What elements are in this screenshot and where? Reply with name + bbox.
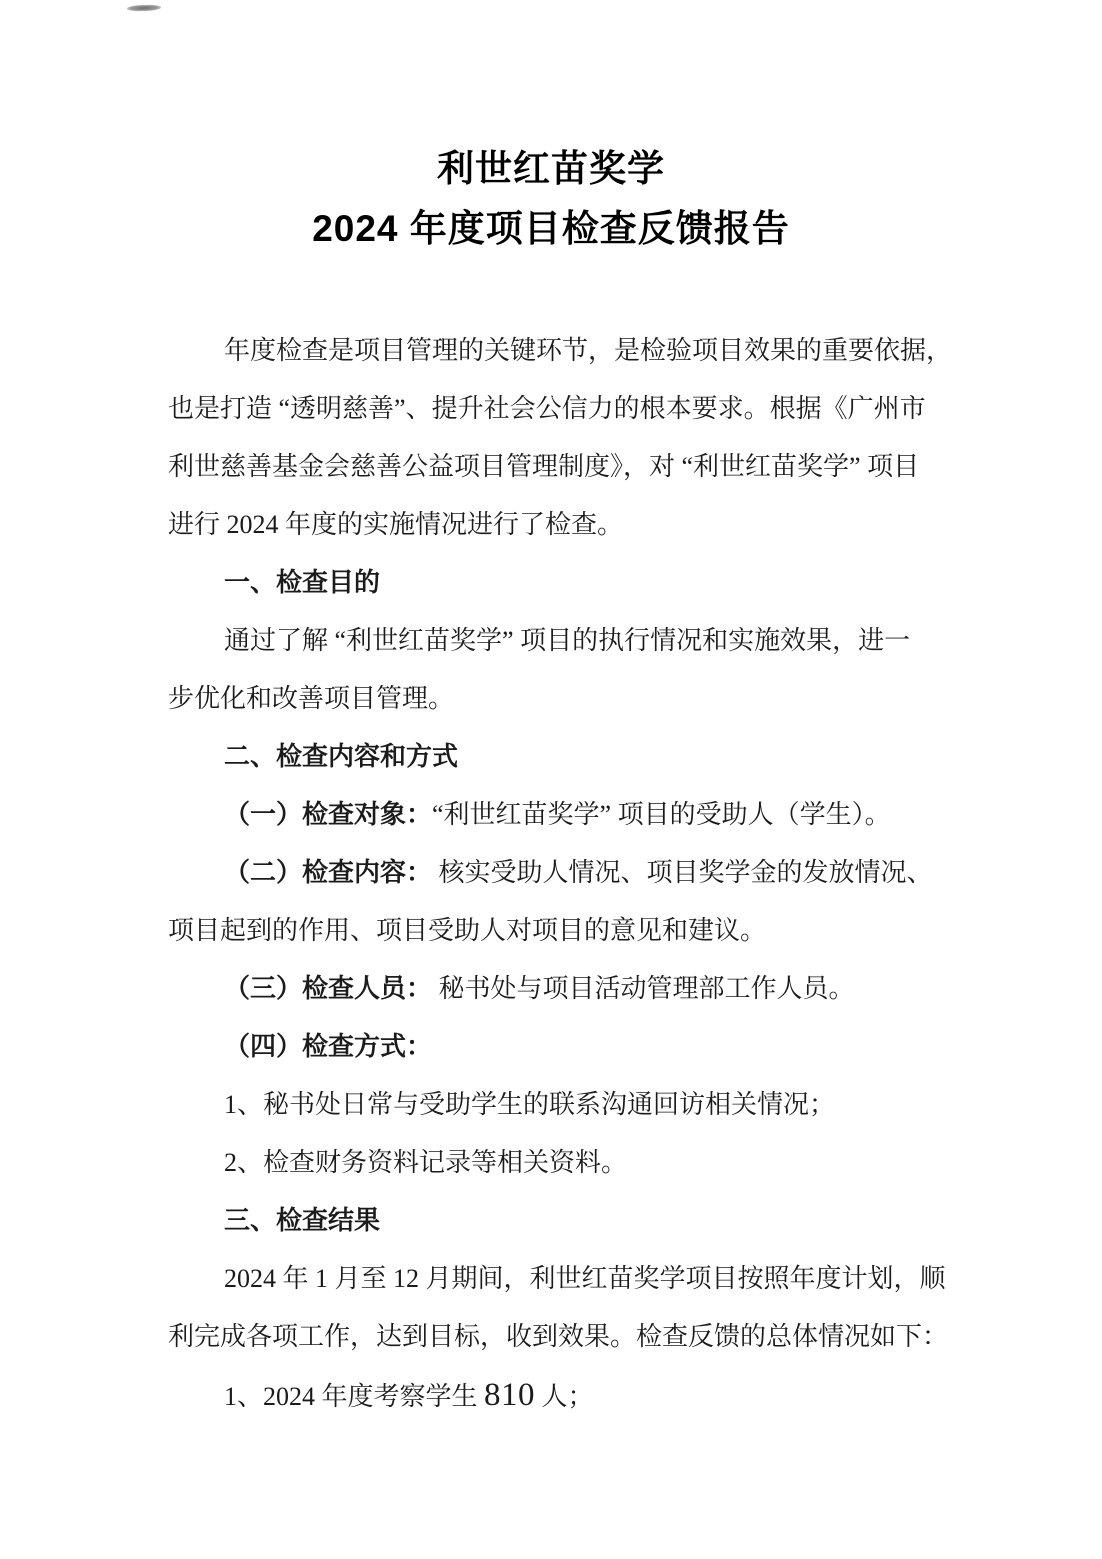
doc-line-segment: 2024 年 1 月至 12 月期间，利世红苗奖学项目按照年度计划，顺: [224, 1264, 946, 1293]
doc-line-9: （一）检查对象：“利世红苗奖学” 项目的受助人（学生）。: [168, 786, 958, 844]
doc-line-segment: 一、检查目的: [224, 568, 380, 597]
doc-line-10: （二）检查内容： 核实受助人情况、项目奖学金的发放情况、: [168, 844, 958, 902]
doc-line-segment: （四）检查方式：: [224, 1032, 432, 1061]
doc-number-emphasis: 810: [484, 1377, 535, 1413]
doc-line-5: 一、检查目的: [168, 554, 958, 612]
doc-line-segment: （三）检查人员：: [224, 974, 432, 1003]
doc-line-segment: 进行 2024 年度的实施情况进行了检查。: [168, 510, 623, 539]
document-title-line-2: 2024 年度项目检查反馈报告: [0, 199, 1102, 259]
doc-line-12: （三）检查人员： 秘书处与项目活动管理部工作人员。: [168, 960, 958, 1018]
doc-line-18: 利完成各项工作，达到目标，收到效果。检查反馈的总体情况如下：: [168, 1308, 958, 1366]
doc-line-17: 2024 年 1 月至 12 月期间，利世红苗奖学项目按照年度计划，顺: [168, 1250, 958, 1308]
doc-line-1: 年度检查是项目管理的关键环节，是检验项目效果的重要依据，: [168, 322, 958, 380]
doc-line-segment: 项目起到的作用、项目受助人对项目的意见和建议。: [168, 916, 766, 945]
doc-line-2: 也是打造 “透明慈善”、提升社会公信力的根本要求。根据《广州市: [168, 380, 958, 438]
doc-line-segment: 利世慈善基金会慈善公益项目管理制度》，对 “利世红苗奖学” 项目: [168, 452, 919, 481]
doc-line-segment: 利完成各项工作，达到目标，收到效果。检查反馈的总体情况如下：: [168, 1322, 948, 1351]
doc-line-13: （四）检查方式：: [168, 1018, 958, 1076]
document-page: 利世红苗奖学 2024 年度项目检查反馈报告 年度检查是项目管理的关键环节，是检…: [0, 0, 1102, 1559]
doc-line-segment: 步优化和改善项目管理。: [168, 684, 454, 713]
doc-line-segment: 年度检查是项目管理的关键环节，是检验项目效果的重要依据，: [224, 336, 952, 365]
doc-line-8: 二、检查内容和方式: [168, 728, 958, 786]
doc-line-segment: 秘书处与项目活动管理部工作人员。: [432, 974, 855, 1003]
doc-line-segment: （二）检查内容：: [224, 858, 432, 887]
doc-line-6: 通过了解 “利世红苗奖学” 项目的执行情况和实施效果，进一: [168, 612, 958, 670]
document-title: 利世红苗奖学 2024 年度项目检查反馈报告: [0, 139, 1102, 259]
doc-line-11: 项目起到的作用、项目受助人对项目的意见和建议。: [168, 902, 958, 960]
document-body: 年度检查是项目管理的关键环节，是检验项目效果的重要依据，也是打造 “透明慈善”、…: [168, 322, 958, 1424]
doc-line-segment: 1、2024 年度考察学生: [224, 1382, 484, 1411]
doc-line-15: 2、检查财务资料记录等相关资料。: [168, 1134, 958, 1192]
doc-line-14: 1、秘书处日常与受助学生的联系沟通回访相关情况；: [168, 1076, 958, 1134]
doc-line-segment: 人；: [535, 1382, 594, 1411]
doc-line-segment: 1、秘书处日常与受助学生的联系沟通回访相关情况；: [224, 1090, 835, 1119]
doc-line-segment: 通过了解 “利世红苗奖学” 项目的执行情况和实施效果，进一: [224, 626, 910, 655]
doc-line-segment: 二、检查内容和方式: [224, 742, 458, 771]
doc-line-7: 步优化和改善项目管理。: [168, 670, 958, 728]
doc-line-segment: 三、检查结果: [224, 1206, 380, 1235]
doc-line-segment: 也是打造 “透明慈善”、提升社会公信力的根本要求。根据《广州市: [168, 394, 926, 423]
doc-line-16: 三、检查结果: [168, 1192, 958, 1250]
doc-line-segment: “利世红苗奖学” 项目的受助人（学生）。: [432, 800, 891, 829]
doc-line-4: 进行 2024 年度的实施情况进行了检查。: [168, 496, 958, 554]
scan-smudge-mark: [127, 4, 161, 11]
doc-line-segment: （一）检查对象：: [224, 800, 432, 829]
doc-line-segment: 核实受助人情况、项目奖学金的发放情况、: [432, 858, 933, 887]
doc-line-3: 利世慈善基金会慈善公益项目管理制度》，对 “利世红苗奖学” 项目: [168, 438, 958, 496]
document-title-line-1: 利世红苗奖学: [0, 139, 1102, 199]
doc-line-19: 1、2024 年度考察学生 810 人；: [168, 1366, 958, 1424]
doc-line-segment: 2、检查财务资料记录等相关资料。: [224, 1148, 627, 1177]
